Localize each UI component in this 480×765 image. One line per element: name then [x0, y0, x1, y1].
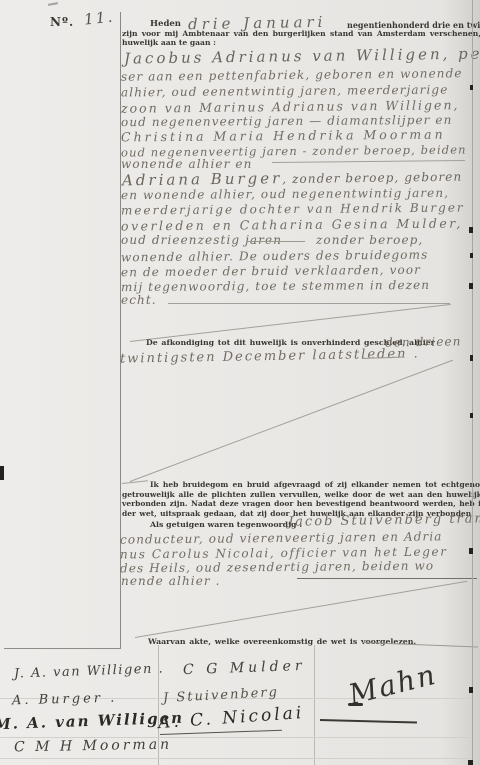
bride-line-rest: , zonder beroep, geboren — [282, 170, 462, 187]
announcement-handwritten-2: twintigsten December laatstleden . — [120, 346, 420, 366]
groom-line: ser aan een pettenfabriek, geboren en wo… — [121, 66, 463, 84]
groom-line: Jacobus Adrianus van Willigen, per — [124, 44, 480, 67]
fill-dash — [247, 241, 305, 242]
act-number-label: Nº. — [50, 15, 74, 29]
vows-line: getrouwelijk alle de plichten zullen ver… — [122, 490, 480, 499]
bride-line: echt. — [121, 293, 157, 307]
bride-line: overleden en Catharina Gesina Mulder, — [121, 216, 463, 234]
signature-witness-1: J Stuivenberg — [163, 685, 280, 706]
bride-line: en de moeder der bruid verklaarden, voor — [121, 263, 421, 280]
margin-bottom-rule — [4, 648, 121, 649]
signature-mother-groom: C M H Moorman — [14, 737, 172, 756]
scan-artifact — [469, 687, 473, 693]
vows-line: verbonden zijn. Nadat deze vragen door h… — [122, 499, 480, 508]
signature-groom: J. A. van Willigen . — [14, 661, 165, 681]
bride-line: zonder beroep, — [316, 233, 423, 247]
scan-artifact — [469, 283, 473, 289]
witness-line: des Heils, oud zesendertig jaren, beiden… — [120, 559, 434, 576]
fill-line — [272, 160, 465, 163]
scan-artifact — [470, 85, 473, 90]
header-line2: zijn voor mij Ambtenaar van den burgerli… — [122, 29, 480, 38]
witness-line: nende alhier . — [121, 574, 221, 588]
vows-line: Ik heb bruidegom en bruid afgevraagd of … — [150, 480, 480, 489]
strike-diagonal — [135, 581, 467, 638]
page-edge — [472, 0, 473, 765]
scan-artifact — [470, 355, 473, 361]
witnesses-printed: Als getuigen waren tegenwoordig : — [150, 520, 302, 529]
signature-column-rule — [314, 645, 315, 765]
act-number-value: 11. — [83, 7, 115, 28]
scan-artifact — [0, 466, 4, 480]
closing-printed: Waarvan akte, welke overeenkomstig de we… — [148, 637, 416, 646]
scan-artifact — [469, 548, 473, 554]
header-heden: Heden — [150, 19, 181, 29]
bride-line: oud drieenzestig jaren — [121, 233, 282, 247]
groom-line: Christina Maria Hendrika Moorman — [121, 127, 446, 145]
bride-line: wonende alhier. De ouders des bruidegoms — [121, 248, 428, 265]
marriage-certificate-scan: Nº. 11. Heden drie Januari negentienhond… — [0, 0, 480, 765]
signature-bride: A. Burger . — [12, 691, 118, 709]
strike-diagonal — [130, 360, 453, 482]
witness-line: Jacob Stuivenberg tram — [288, 511, 480, 530]
bride-line: en wonende alhier, oud negenentwintig ja… — [121, 186, 449, 202]
fill-line — [168, 303, 450, 304]
fill-line — [297, 578, 477, 579]
scan-artifact — [470, 253, 473, 258]
scan-artifact — [470, 413, 473, 418]
scan-artifact — [469, 227, 473, 233]
ledger-line — [0, 758, 470, 759]
signature-witness-2: A. C. Nicolai — [157, 703, 304, 733]
signature-mother-bride: C G Mulder — [183, 658, 306, 678]
signature-underline — [320, 719, 417, 723]
bride-line: mij tegenwoordig, toe te stemmen in deze… — [121, 278, 430, 294]
signature-flourish — [348, 703, 363, 706]
fill-dash — [122, 480, 148, 484]
scan-artifact — [48, 2, 58, 6]
header-line3: huwelijk aan te gaan : — [122, 38, 216, 47]
scan-artifact — [468, 760, 473, 765]
